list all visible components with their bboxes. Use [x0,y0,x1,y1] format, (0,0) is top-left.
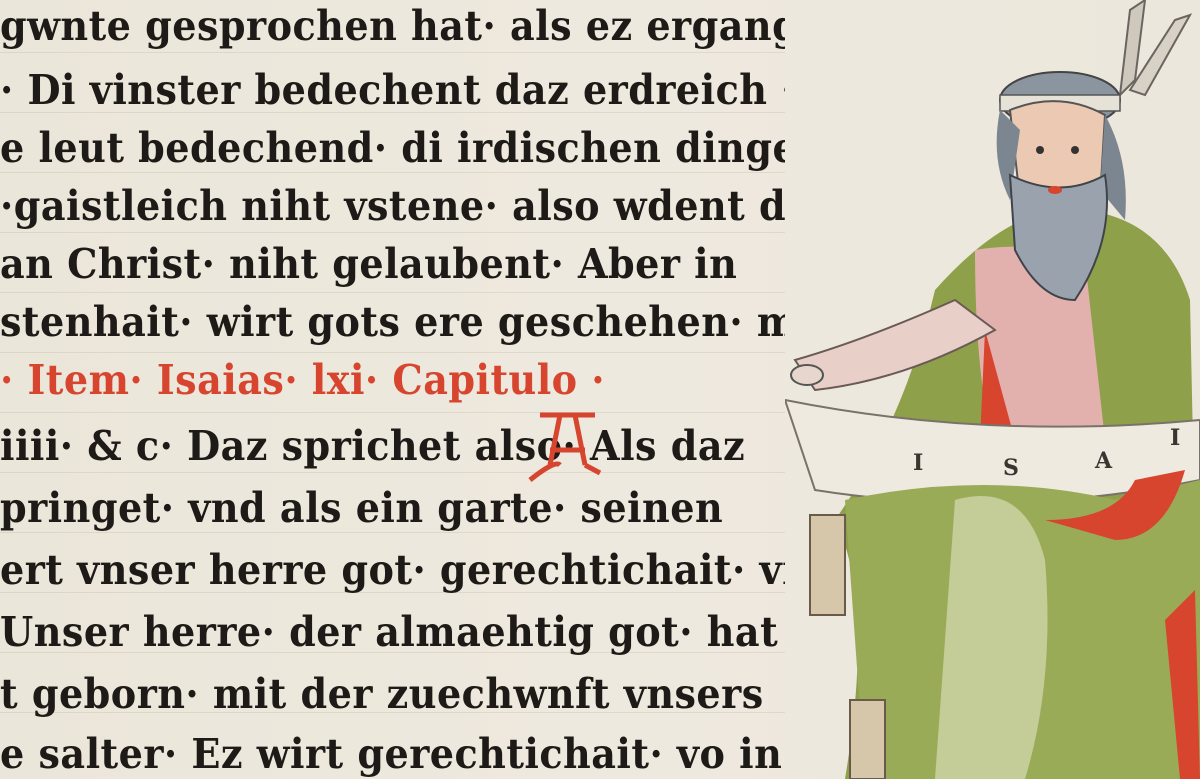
banderole-letter: A [1095,448,1112,474]
prophet-figure-icon [785,0,1200,779]
ruling-line [0,52,785,53]
ruling-line [0,532,785,533]
text-line: stenhait· wirt gots ere geschehen· mit [0,298,785,346]
text-line: t geborn· mit der zuechwnft vnsers [0,670,764,718]
text-column: gwnte gesprochen hat· als ez ergange · D… [0,0,785,779]
isaiah-illustration: I S A I [785,0,1200,779]
text-line: an Christ· niht gelaubent· Aber in [0,240,737,288]
text-line: pringet· vnd als ein garte· seinen [0,484,723,532]
rubric-heading: · Item· Isaias· lxi· Capitulo · [0,356,605,404]
text-line: · Di vinster bedechent daz erdreich · [0,66,785,114]
red-initial-a-icon [500,405,620,485]
text-line: Unser herre· der almaehtig got· hat [0,608,778,656]
ruling-line [0,412,785,413]
text-line: iiii· & c· Daz sprichet also· Als daz [0,422,745,470]
banderole-letter: S [1003,455,1019,481]
banderole-letter: I [1170,425,1180,451]
ruling-line [0,472,785,473]
text-line: e salter· Ez wirt gerechtichait· vo in [0,730,782,778]
text-line: ert vnser herre got· gerechtichait· vn [0,546,785,594]
text-line: gwnte gesprochen hat· als ez ergange [0,2,785,50]
ruling-line [0,172,785,173]
text-line: e leut bedechend· di irdischen dingen [0,124,785,172]
manuscript-page: gwnte gesprochen hat· als ez ergange · D… [0,0,1200,779]
banderole-letter: I [913,450,923,476]
ruling-line [0,232,785,233]
ruling-line [0,352,785,353]
text-line: ·gaistleich niht vstene· also wdent di [0,182,785,230]
ruling-line [0,292,785,293]
